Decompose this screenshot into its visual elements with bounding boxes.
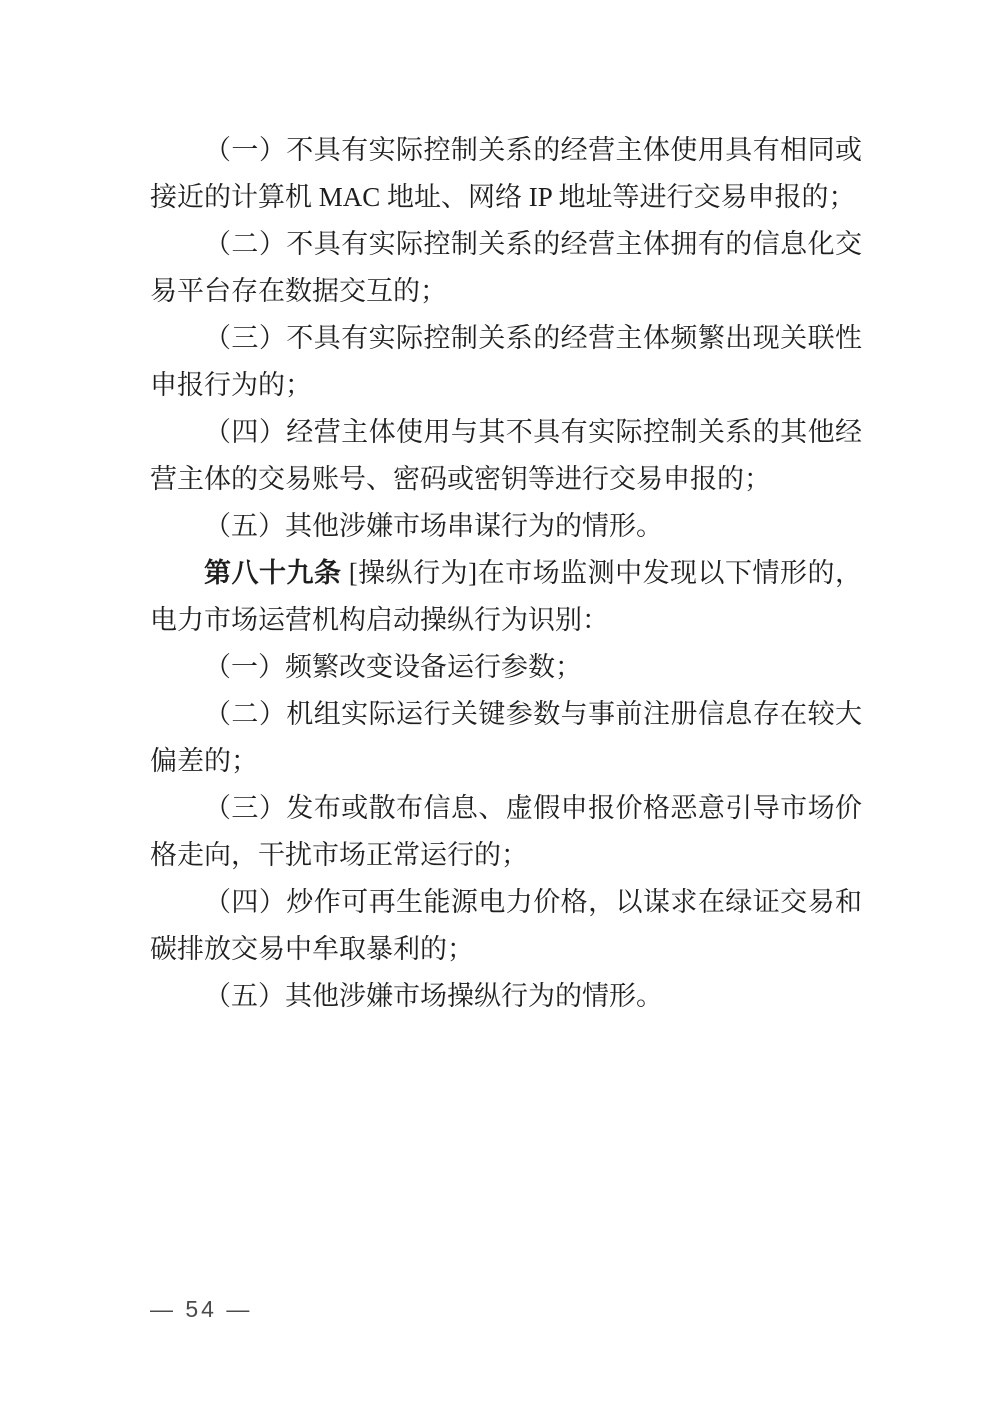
article-89-heading-paragraph: 第八十九条 [操纵行为]在市场监测中发现以下情形的，电力市场运营机构启动操纵行为…	[150, 550, 862, 644]
clause-collusion-5: （五）其他涉嫌市场串谋行为的情形。	[150, 503, 862, 550]
document-body: （一）不具有实际控制关系的经营主体使用具有相同或接近的计算机 MAC 地址、网络…	[150, 127, 862, 1020]
page-number: — 54 —	[150, 1296, 252, 1322]
page-footer: — 54 —	[150, 1294, 252, 1324]
clause-manipulation-2: （二）机组实际运行关键参数与事前注册信息存在较大偏差的；	[150, 691, 862, 785]
clause-manipulation-3: （三）发布或散布信息、虚假申报价格恶意引导市场价格走向，干扰市场正常运行的；	[150, 785, 862, 879]
clause-collusion-3: （三）不具有实际控制关系的经营主体频繁出现关联性申报行为的；	[150, 315, 862, 409]
clause-collusion-4: （四）经营主体使用与其不具有实际控制关系的其他经营主体的交易账号、密码或密钥等进…	[150, 409, 862, 503]
clause-manipulation-5: （五）其他涉嫌市场操纵行为的情形。	[150, 973, 862, 1020]
clause-collusion-1: （一）不具有实际控制关系的经营主体使用具有相同或接近的计算机 MAC 地址、网络…	[150, 127, 862, 221]
clause-manipulation-1: （一）频繁改变设备运行参数；	[150, 644, 862, 691]
article-89-number: 第八十九条	[204, 558, 341, 588]
document-page: （一）不具有实际控制关系的经营主体使用具有相同或接近的计算机 MAC 地址、网络…	[0, 0, 1000, 1414]
clause-collusion-2: （二）不具有实际控制关系的经营主体拥有的信息化交易平台存在数据交互的；	[150, 221, 862, 315]
clause-manipulation-4: （四）炒作可再生能源电力价格，以谋求在绿证交易和碳排放交易中牟取暴利的；	[150, 879, 862, 973]
